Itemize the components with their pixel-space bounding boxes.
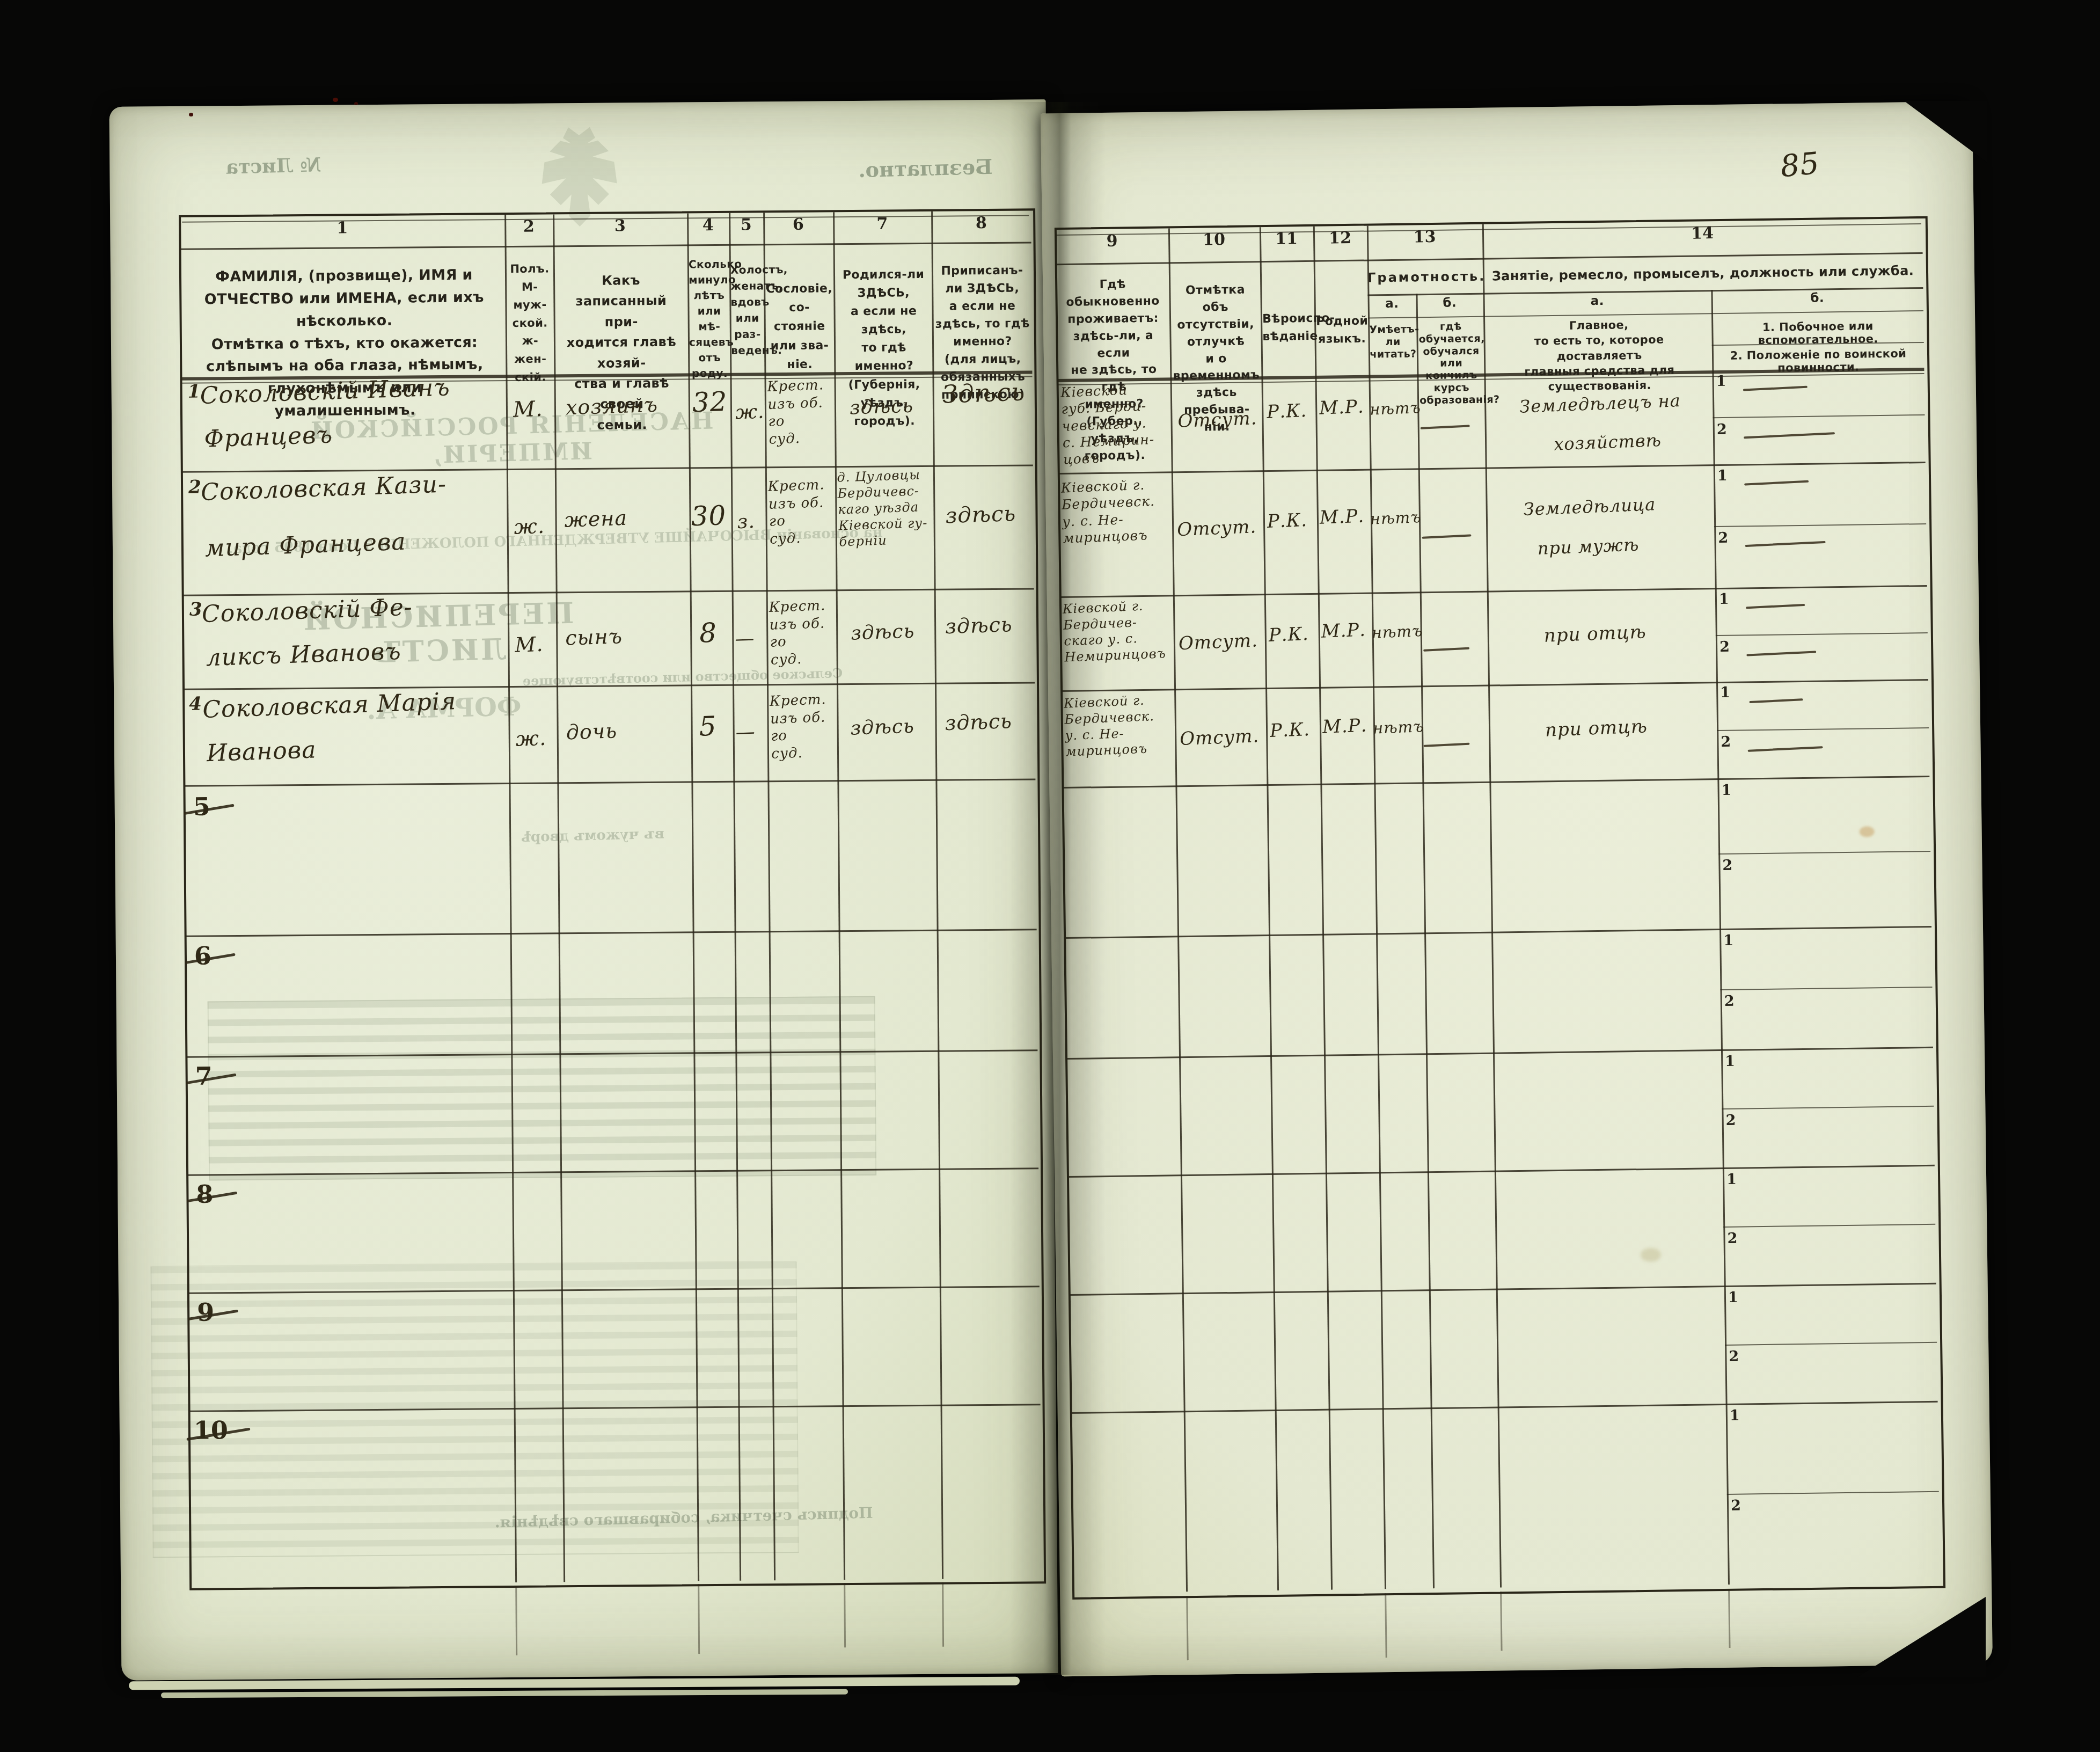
header-col13b-desc: гдѣ обучается, обучался или кончилъ курс… xyxy=(1418,320,1484,407)
right-page: 85 9 10 11 12 13 14 Гдѣ обыкновенно прож… xyxy=(1041,101,1993,1676)
col-number-2: 2 xyxy=(504,217,553,236)
subrow-1-label: 1 xyxy=(1730,1407,1740,1424)
cell-sex: ж. xyxy=(515,726,547,752)
photo-corner-top-right xyxy=(1904,101,1987,163)
cell-marital: ж. xyxy=(735,400,765,425)
header-col13b-label: б. xyxy=(1416,296,1483,311)
cell-name-line2: Иванова xyxy=(206,735,317,768)
cell-relation: дочь xyxy=(566,718,618,746)
header-col12: Родной языкъ. xyxy=(1316,312,1368,348)
cell-born: здѣсь xyxy=(849,394,913,420)
header-col13a-label: а. xyxy=(1368,296,1416,311)
row-number-struck: 5 xyxy=(193,792,210,821)
cell-estate: Крест. изъ об. го суд. xyxy=(769,597,836,669)
page-number: 85 xyxy=(1779,144,1821,186)
subrow-1-label: 1 xyxy=(1720,684,1730,701)
col-number-3: 3 xyxy=(553,216,687,236)
cell-religion: Р.К. xyxy=(1267,399,1307,424)
header-col4: Сколько минуло лѣтъ или мѣ- сяцевъ отъ р… xyxy=(689,257,730,382)
red-speck xyxy=(189,113,193,116)
left-page: № Листа Безплатно. НАСЕЛЕНІЯ РОССІЙСКОЙ … xyxy=(109,99,1058,1681)
cell-registered: здѣсь xyxy=(945,612,1013,640)
cell-age: 8 xyxy=(699,616,718,651)
row-number-struck: 8 xyxy=(196,1179,213,1208)
cell-absence: Отсут. xyxy=(1177,407,1257,433)
subrow-2-label: 2 xyxy=(1724,993,1735,1010)
cell-religion: Р.К. xyxy=(1269,718,1310,742)
cell-born: здѣсь xyxy=(851,619,915,646)
col-number-10: 10 xyxy=(1168,230,1260,250)
cell-occupation-line2: при мужѣ xyxy=(1537,534,1640,559)
cell-marital: — xyxy=(735,720,756,744)
header-col11: Вѣроиспо- вѣданіе. xyxy=(1262,310,1314,346)
row-number-struck: 6 xyxy=(194,941,211,970)
cell-age: 32 xyxy=(692,385,728,420)
subrow-2-label: 2 xyxy=(1729,1348,1739,1365)
cell-absence: Отсут. xyxy=(1178,629,1258,655)
col-number-6: 6 xyxy=(763,215,833,234)
row-number: 4 xyxy=(189,693,202,715)
row-number: 1 xyxy=(188,381,201,403)
cell-born: здѣсь xyxy=(850,714,914,741)
cell-name-line2: Францевъ xyxy=(203,420,333,454)
header-col6: Сословіе, со- стояніе или зва- ніе. xyxy=(766,279,833,374)
cell-sex: М. xyxy=(515,632,544,658)
cell-sex: М. xyxy=(513,396,543,424)
subrow-1-label: 1 xyxy=(1719,591,1729,608)
col-number-7: 7 xyxy=(833,214,931,233)
red-speck xyxy=(333,98,338,102)
cell-religion: Р.К. xyxy=(1268,623,1309,647)
cell-absence: Отсут. xyxy=(1176,515,1256,541)
subrow-2-label: 2 xyxy=(1717,421,1727,438)
header-col2: Полъ. М-муж- ской. ж-жен- скій. xyxy=(506,260,554,386)
cell-language: М.Р. xyxy=(1321,619,1366,644)
row-number-struck: 7 xyxy=(195,1061,212,1090)
census-photo: { "page_number": "85", "bleed_through": … xyxy=(0,0,2100,1752)
header-col14b1-desc: 1. Побочное или вспомогательное. xyxy=(1716,319,1920,347)
cell-age: 30 xyxy=(690,499,727,534)
cell-reads: нѣтъ xyxy=(1372,717,1424,738)
cell-reads: нѣтъ xyxy=(1370,398,1422,419)
cell-marital: — xyxy=(735,626,756,651)
row-number-struck: 10 xyxy=(194,1415,228,1445)
header-col14a-label: а. xyxy=(1483,293,1711,310)
book-fold-shadow xyxy=(1010,102,1106,1675)
cell-language: М.Р. xyxy=(1319,396,1364,420)
cell-born: д. Цуловцы Бердичевс- каго уѣзда Кіевско… xyxy=(837,466,934,550)
cell-estate: Крест. изъ об. го суд. xyxy=(767,376,835,448)
cell-age: 5 xyxy=(699,710,718,744)
cell-occupation-line1: при отцѣ xyxy=(1543,620,1647,647)
subrow-2-label: 2 xyxy=(1722,857,1732,874)
subrow-1-label: 1 xyxy=(1721,782,1731,799)
subrow-1-label: 1 xyxy=(1716,373,1726,390)
cell-occupation-line2: хозяйствѣ xyxy=(1553,429,1662,455)
header-col14b-label: б. xyxy=(1711,290,1923,306)
photo-corner-bottom-right xyxy=(1857,1597,1986,1677)
header-col5: Холостъ, женатъ, вдовъ или раз- веденъ. xyxy=(730,261,764,358)
cell-relation: жена xyxy=(564,506,628,533)
row-number: 2 xyxy=(188,477,201,498)
cell-occupation-line1: при отцѣ xyxy=(1545,715,1648,742)
col-number-1: 1 xyxy=(180,217,504,239)
cell-reads: нѣтъ xyxy=(1370,507,1422,529)
subrow-2-label: 2 xyxy=(1727,1230,1737,1247)
bleed-free-stamp: Безплатно. xyxy=(845,154,1006,182)
header-col14b2-desc: 2. Положеніе по воинской повинности. xyxy=(1716,347,1921,375)
subrow-1-label: 1 xyxy=(1725,1053,1735,1070)
header-col13-title: Грамотность. xyxy=(1367,269,1483,286)
header-col14a-desc: Главное, то есть то, которое доставляетъ… xyxy=(1491,316,1707,395)
cell-marital: з. xyxy=(737,509,756,534)
cell-sex: ж. xyxy=(514,514,545,540)
cell-language: М.Р. xyxy=(1319,505,1365,530)
cell-estate: Крест. изъ об. го суд. xyxy=(767,476,835,548)
col-number-12: 12 xyxy=(1313,229,1367,248)
subrow-1-label: 1 xyxy=(1723,932,1733,949)
cell-absence: Отсут. xyxy=(1179,725,1259,750)
cell-registered: здѣсь xyxy=(945,709,1013,736)
cell-language: М.Р. xyxy=(1322,714,1367,739)
subrow-1-label: 1 xyxy=(1728,1289,1738,1306)
subrow-1-label: 1 xyxy=(1717,468,1728,484)
red-speck xyxy=(354,102,358,105)
cell-relation: сынъ xyxy=(565,624,623,651)
subrow-1-label: 1 xyxy=(1726,1171,1737,1188)
row-number: 3 xyxy=(189,599,202,620)
col-number-13: 13 xyxy=(1367,227,1482,247)
sheet-edge-strip xyxy=(161,1689,848,1698)
subrow-2-label: 2 xyxy=(1731,1498,1741,1514)
row-number-struck: 9 xyxy=(197,1297,214,1326)
cell-registered: здѣсь xyxy=(945,500,1016,529)
cell-relation: хозяинъ xyxy=(565,392,658,421)
subrow-2-label: 2 xyxy=(1718,530,1728,546)
subrow-2-label: 2 xyxy=(1719,639,1730,655)
cell-estate: Крест. изъ об. го суд. xyxy=(769,691,837,763)
bleed-sheet-number: № Листа xyxy=(203,153,343,179)
col-number-4: 4 xyxy=(687,216,729,235)
col-number-11: 11 xyxy=(1260,229,1313,249)
col-number-5: 5 xyxy=(729,215,763,235)
subrow-2-label: 2 xyxy=(1721,734,1731,750)
cell-reads: нѣтъ xyxy=(1371,621,1423,643)
header-col13a-desc: Умѣетъ- ли читать? xyxy=(1369,323,1417,361)
cell-religion: Р.К. xyxy=(1267,509,1307,533)
subrow-2-label: 2 xyxy=(1725,1112,1736,1129)
